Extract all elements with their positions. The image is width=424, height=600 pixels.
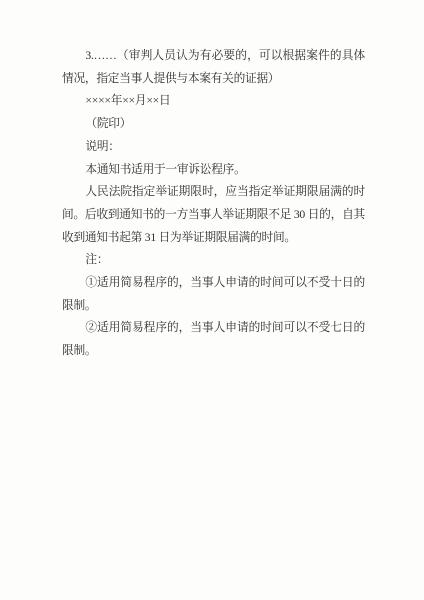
court-seal-note: （院印） xyxy=(62,113,365,136)
explanation-body: 人民法院指定举证期限时，应当指定举证期限届满的时间。后收到通知书的一方当事人举证… xyxy=(62,181,365,249)
notes-label: 注： xyxy=(62,249,365,272)
explanation-scope: 本通知书适用于一审诉讼程序。 xyxy=(62,159,365,182)
date-line: ××××年××月××日 xyxy=(62,90,365,113)
document-page: 3.……（审判人员认为有必要的，可以根据案件的具体情况，指定当事人提供与本案有关… xyxy=(0,0,424,600)
explanation-label: 说明： xyxy=(62,136,365,159)
document-text-block: 3.……（审判人员认为有必要的，可以根据案件的具体情况，指定当事人提供与本案有关… xyxy=(62,45,365,363)
note-2-paragraph: ②适用简易程序的，当事人申请的时间可以不受七日的限制。 xyxy=(62,317,365,362)
note-1-paragraph: ①适用简易程序的，当事人申请的时间可以不受十日的限制。 xyxy=(62,272,365,317)
clause-3-paragraph: 3.……（审判人员认为有必要的，可以根据案件的具体情况，指定当事人提供与本案有关… xyxy=(62,45,365,90)
